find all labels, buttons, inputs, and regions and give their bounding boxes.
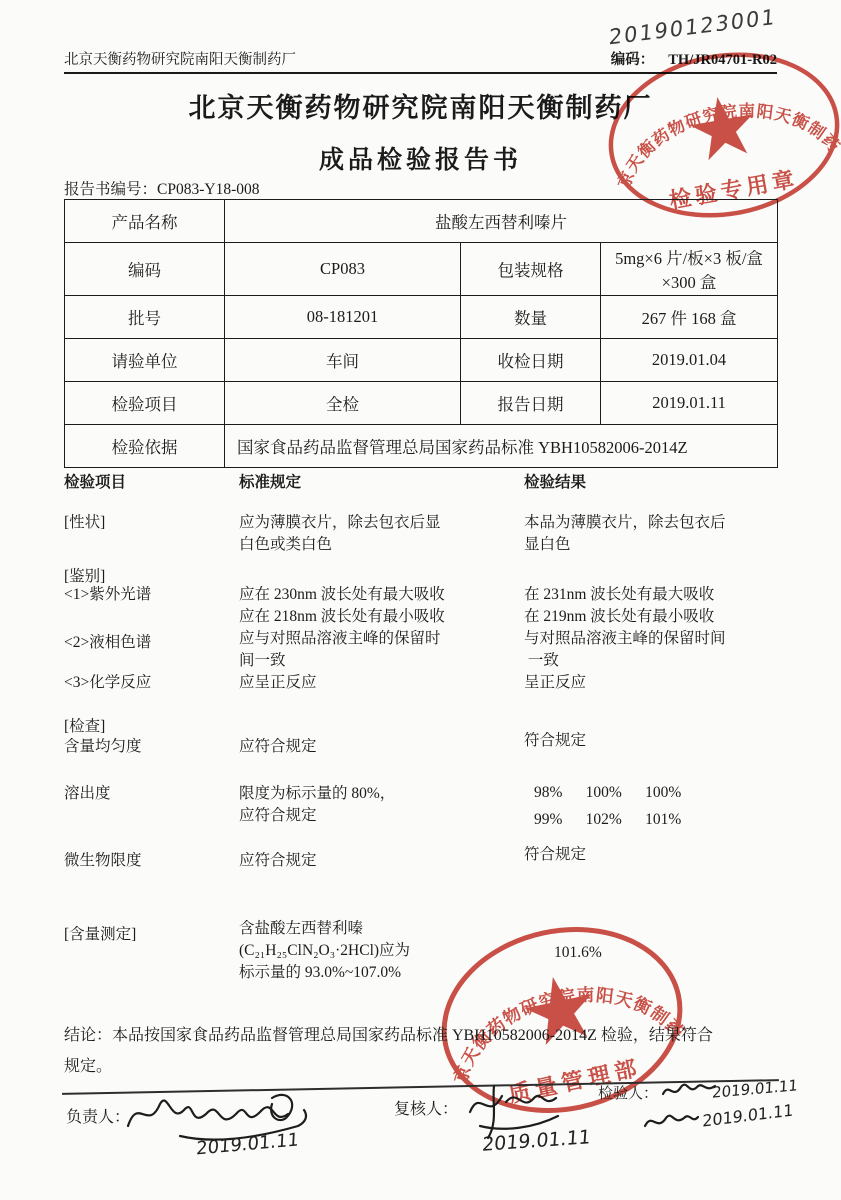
spec-row-microbial-limit: 微生物限度 应符合规定 符合规定	[64, 850, 777, 872]
spec-section-header: 检验项目 标准规定 检验结果	[64, 470, 777, 492]
spec-header-standard: 标准规定	[239, 470, 524, 492]
report-number-value: CP083-Y18-008	[157, 181, 259, 198]
spec-item: [检查]	[64, 716, 239, 738]
info-label-cell: 检验项目	[65, 382, 225, 425]
info-label-cell: 报告日期	[461, 382, 601, 425]
spec-result: 在 231nm 波长处有最大吸收 在 219nm 波长处有最小吸收	[524, 584, 777, 628]
report-number-line: 报告书编号：CP083-Y18-008	[64, 177, 260, 199]
spec-row-chemical-reaction: <3>化学反应 应呈正反应 呈正反应	[64, 672, 777, 694]
inspector-second-signature-scribble	[642, 1108, 702, 1136]
spec-item: <3>化学反应	[64, 672, 239, 694]
spec-header-result: 检验结果	[524, 470, 777, 492]
table-row: 批号 08-181201 数量 267 件 168 盒	[65, 296, 778, 339]
spec-standard	[239, 716, 524, 738]
table-row: 检验依据 国家食品药品监督管理总局国家药品标准 YBH10582006-2014…	[65, 425, 778, 468]
info-value-cell: 08-181201	[225, 296, 461, 339]
spec-row-content-uniformity: 含量均匀度 应符合规定 符合规定	[64, 736, 777, 758]
report-number-label: 报告书编号：	[64, 181, 157, 198]
lead-signature-label: 负责人：	[66, 1104, 130, 1127]
spec-row-uv-spectrum: <1>紫外光谱 应在 230nm 波长处有最大吸收 应在 218nm 波长处有最…	[64, 584, 777, 628]
info-label-cell: 编码	[65, 243, 225, 296]
info-value-cell: 车间	[225, 339, 461, 382]
info-value-cell: 2019.01.04	[601, 339, 778, 382]
info-label-cell: 数量	[461, 296, 601, 339]
info-label-cell: 包装规格	[461, 243, 601, 296]
info-value-cell: 全检	[225, 382, 461, 425]
conclusion-text: 结论：本品按国家食品药品监督管理总局国家药品标准 YBH10582006-201…	[64, 1020, 780, 1082]
info-label-cell: 收检日期	[461, 339, 601, 382]
header-company-name: 北京天衡药物研究院南阳天衡制药厂	[64, 48, 296, 69]
spec-item: 微生物限度	[64, 850, 239, 872]
scanned-inspection-report: 20190123001 北京天衡药物研究院南阳天衡制药厂 编码：TH/JR047…	[0, 0, 841, 1200]
spec-item: 含量均匀度	[64, 736, 239, 758]
info-value-cell: CP083	[225, 243, 461, 296]
spec-result: 98% 100% 100% 99% 102% 101%	[524, 779, 777, 833]
spec-header-item: 检验项目	[64, 470, 239, 492]
info-label-cell: 检验依据	[65, 425, 225, 468]
spec-result: 与对照品溶液主峰的保留时间 一致	[524, 628, 777, 672]
spec-standard: 限度为标示量的 80%， 应符合规定	[239, 783, 524, 833]
inspector-signature-label: 检验人：	[598, 1082, 658, 1103]
info-label-cell: 批号	[65, 296, 225, 339]
spec-row-dissolution: 溶出度 限度为标示量的 80%， 应符合规定 98% 100% 100% 99%…	[64, 783, 777, 833]
info-value-cell: 5mg×6 片/板×3 板/盒×300 盒	[601, 243, 778, 296]
table-row: 检验项目 全检 报告日期 2019.01.11	[65, 382, 778, 425]
spec-item: 溶出度	[64, 783, 239, 833]
info-value-cell: 盐酸左西替利嗪片	[225, 200, 778, 243]
table-row: 请验单位 车间 收检日期 2019.01.04	[65, 339, 778, 382]
spec-item: <1>紫外光谱	[64, 584, 239, 628]
spec-row-appearance: [性状] 应为薄膜衣片，除去包衣后显 白色或类白色 本品为薄膜衣片，除去包衣后 …	[64, 512, 777, 556]
spec-row-hplc: <2>液相色谱 应与对照品溶液主峰的保留时 间一致 与对照品溶液主峰的保留时间 …	[64, 628, 777, 672]
product-info-table: 产品名称 盐酸左西替利嗪片 编码 CP083 包装规格 5mg×6 片/板×3 …	[64, 199, 778, 468]
review-signature-label: 复核人：	[394, 1096, 458, 1119]
info-value-cell: 267 件 168 盒	[601, 296, 778, 339]
spec-result: 符合规定	[524, 844, 777, 872]
spec-result: 呈正反应	[524, 672, 777, 694]
spec-standard: 应呈正反应	[239, 672, 524, 694]
table-row: 编码 CP083 包装规格 5mg×6 片/板×3 板/盒×300 盒	[65, 243, 778, 296]
spec-standard: 应符合规定	[239, 850, 524, 872]
spec-item: [性状]	[64, 512, 239, 556]
spec-item: <2>液相色谱	[64, 628, 239, 672]
spec-standard: 应在 230nm 波长处有最大吸收 应在 218nm 波长处有最小吸收	[239, 584, 524, 628]
spec-item: [含量测定]	[64, 918, 239, 984]
info-value-cell: 2019.01.11	[601, 382, 778, 425]
spec-result: 符合规定	[524, 730, 777, 758]
info-label-cell: 产品名称	[65, 200, 225, 243]
spec-result: 本品为薄膜衣片，除去包衣后 显白色	[524, 512, 777, 556]
spec-standard: 应与对照品溶液主峰的保留时 间一致	[239, 628, 524, 672]
spec-standard: 应符合规定	[239, 736, 524, 758]
spec-standard: 应为薄膜衣片，除去包衣后显 白色或类白色	[239, 512, 524, 556]
info-value-cell: 国家食品药品监督管理总局国家药品标准 YBH10582006-2014Z	[225, 425, 778, 468]
info-label-cell: 请验单位	[65, 339, 225, 382]
table-row: 产品名称 盐酸左西替利嗪片	[65, 200, 778, 243]
